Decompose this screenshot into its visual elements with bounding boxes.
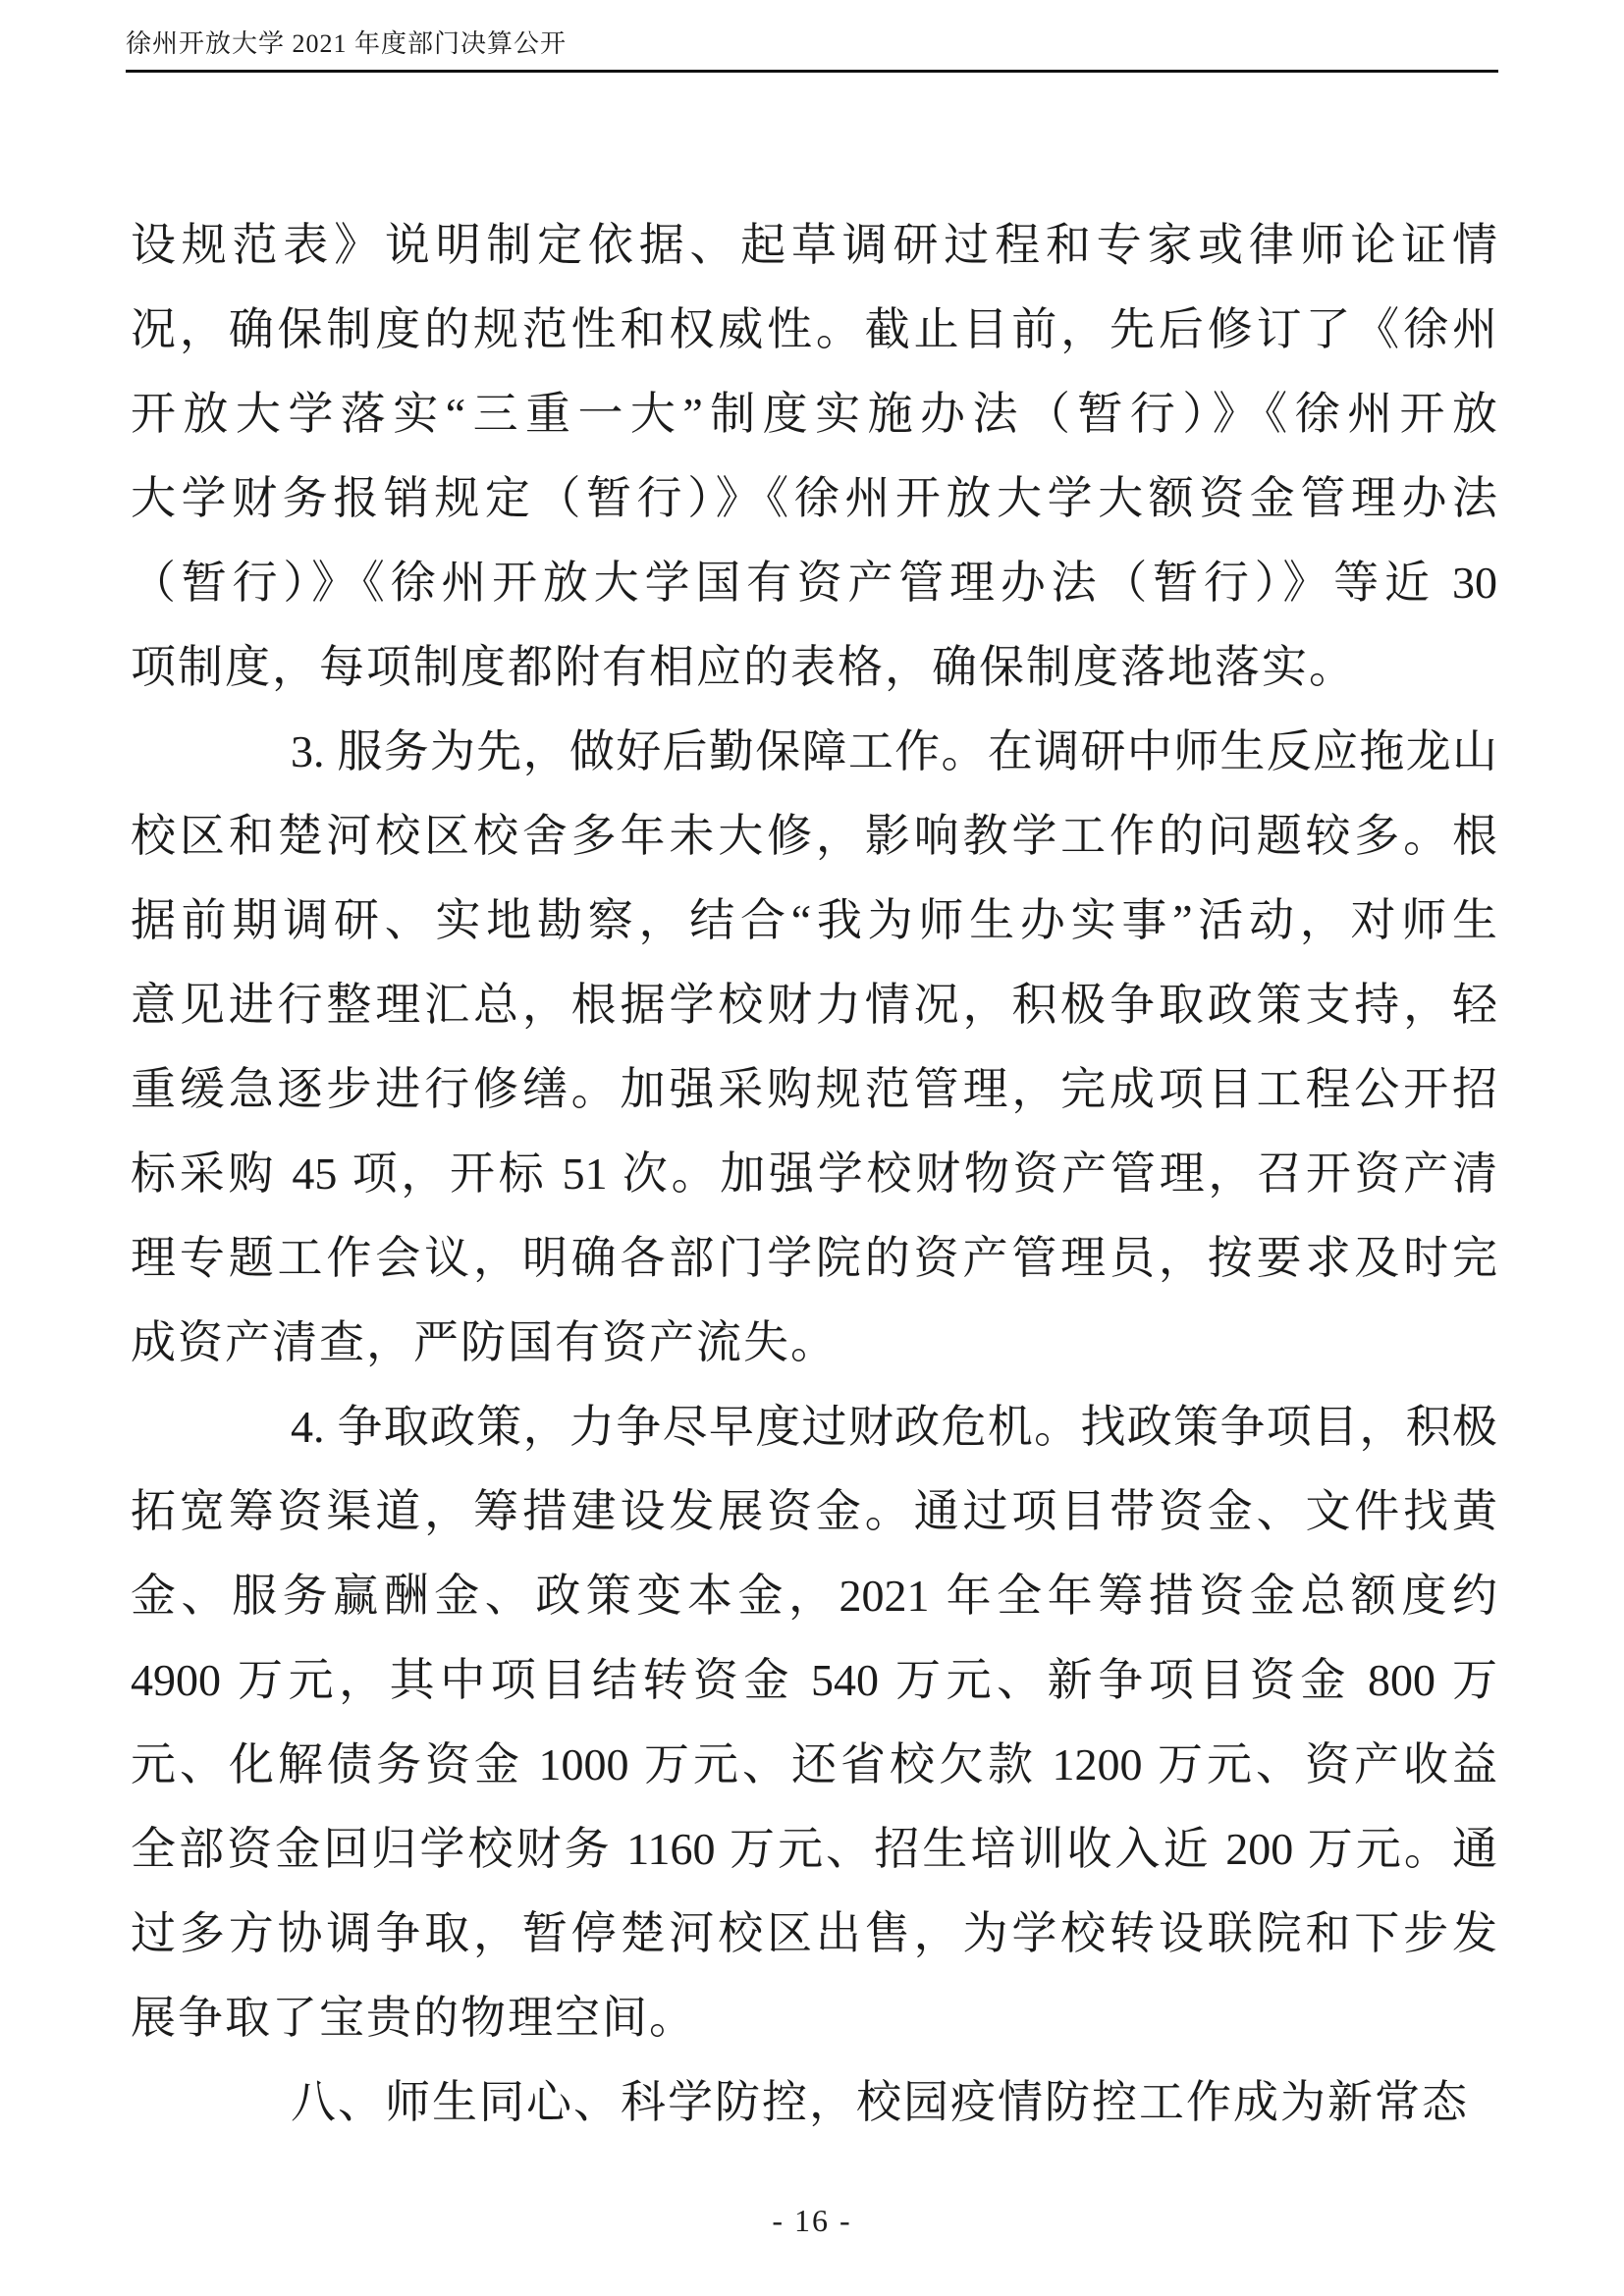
body-line paragraph-end: 项制度，每项制度都附有相应的表格，确保制度落地落实。 [131,625,1497,710]
body-line: 重缓急逐步进行修缮。加强采购规范管理，完成项目工程公开招 [131,1047,1497,1132]
body-line: 全部资金回归学校财务 1160 万元、招生培训收入近 200 万元。通 [131,1807,1497,1892]
body-line: 大学财务报销规定（暂行）》《徐州开放大学大额资金管理办法 [131,456,1497,541]
document-page: 徐州开放大学 2021 年度部门决算公开 设规范表》说明制定依据、起草调研过程和… [0,0,1624,2296]
body-line paragraph-start: 3. 服务为先，做好后勤保障工作。在调研中师生反应拖龙山 [131,710,1497,794]
page-header: 徐州开放大学 2021 年度部门决算公开 [126,27,1498,73]
body-line: 理专题工作会议，明确各部门学院的资产管理员，按要求及时完 [131,1216,1497,1301]
body-line: （暂行）》《徐州开放大学国有资产管理办法（暂行）》等近 30 [131,541,1497,625]
body-line: 元、化解债务资金 1000 万元、还省校欠款 1200 万元、资产收益 [131,1723,1497,1807]
body-line: 设规范表》说明制定依据、起草调研过程和专家或律师论证情 [131,203,1497,288]
document-header-title: 徐州开放大学 2021 年度部门决算公开 [126,27,1498,61]
body-line paragraph-start: 4. 争取政策，力争尽早度过财政危机。找政策争项目，积极 [131,1385,1497,1469]
document-body: 设规范表》说明制定依据、起草调研过程和专家或律师论证情 况，确保制度的规范性和权… [131,203,1497,2145]
body-section-heading: 八、师生同心、科学防控，校园疫情防控工作成为新常态 [131,2060,1497,2145]
body-line: 4900 万元，其中项目结转资金 540 万元、新争项目资金 800 万 [131,1638,1497,1723]
body-line: 金、服务赢酬金、政策变本金，2021 年全年筹措资金总额度约 [131,1554,1497,1638]
page-footer: - 16 - [0,2201,1624,2240]
body-line: 过多方协调争取，暂停楚河校区出售，为学校转设联院和下步发 [131,1892,1497,1976]
body-line: 开放大学落实“三重一大”制度实施办法（暂行）》《徐州开放 [131,372,1497,456]
body-line: 据前期调研、实地勘察，结合“我为师生办实事”活动，对师生 [131,879,1497,963]
body-line: 意见进行整理汇总，根据学校财力情况，积极争取政策支持，轻 [131,963,1497,1047]
body-line: 校区和楚河校区校舍多年未大修，影响教学工作的问题较多。根 [131,794,1497,879]
body-line: 标采购 45 项，开标 51 次。加强学校财物资产管理，召开资产清 [131,1132,1497,1216]
body-line: 况，确保制度的规范性和权威性。截止目前，先后修订了《徐州 [131,288,1497,372]
body-line paragraph-end: 成资产清查，严防国有资产流失。 [131,1301,1497,1385]
body-line paragraph-end: 展争取了宝贵的物理空间。 [131,1976,1497,2060]
page-number: - 16 - [772,2203,851,2238]
body-line: 拓宽筹资渠道，筹措建设发展资金。通过项目带资金、文件找黄 [131,1469,1497,1554]
